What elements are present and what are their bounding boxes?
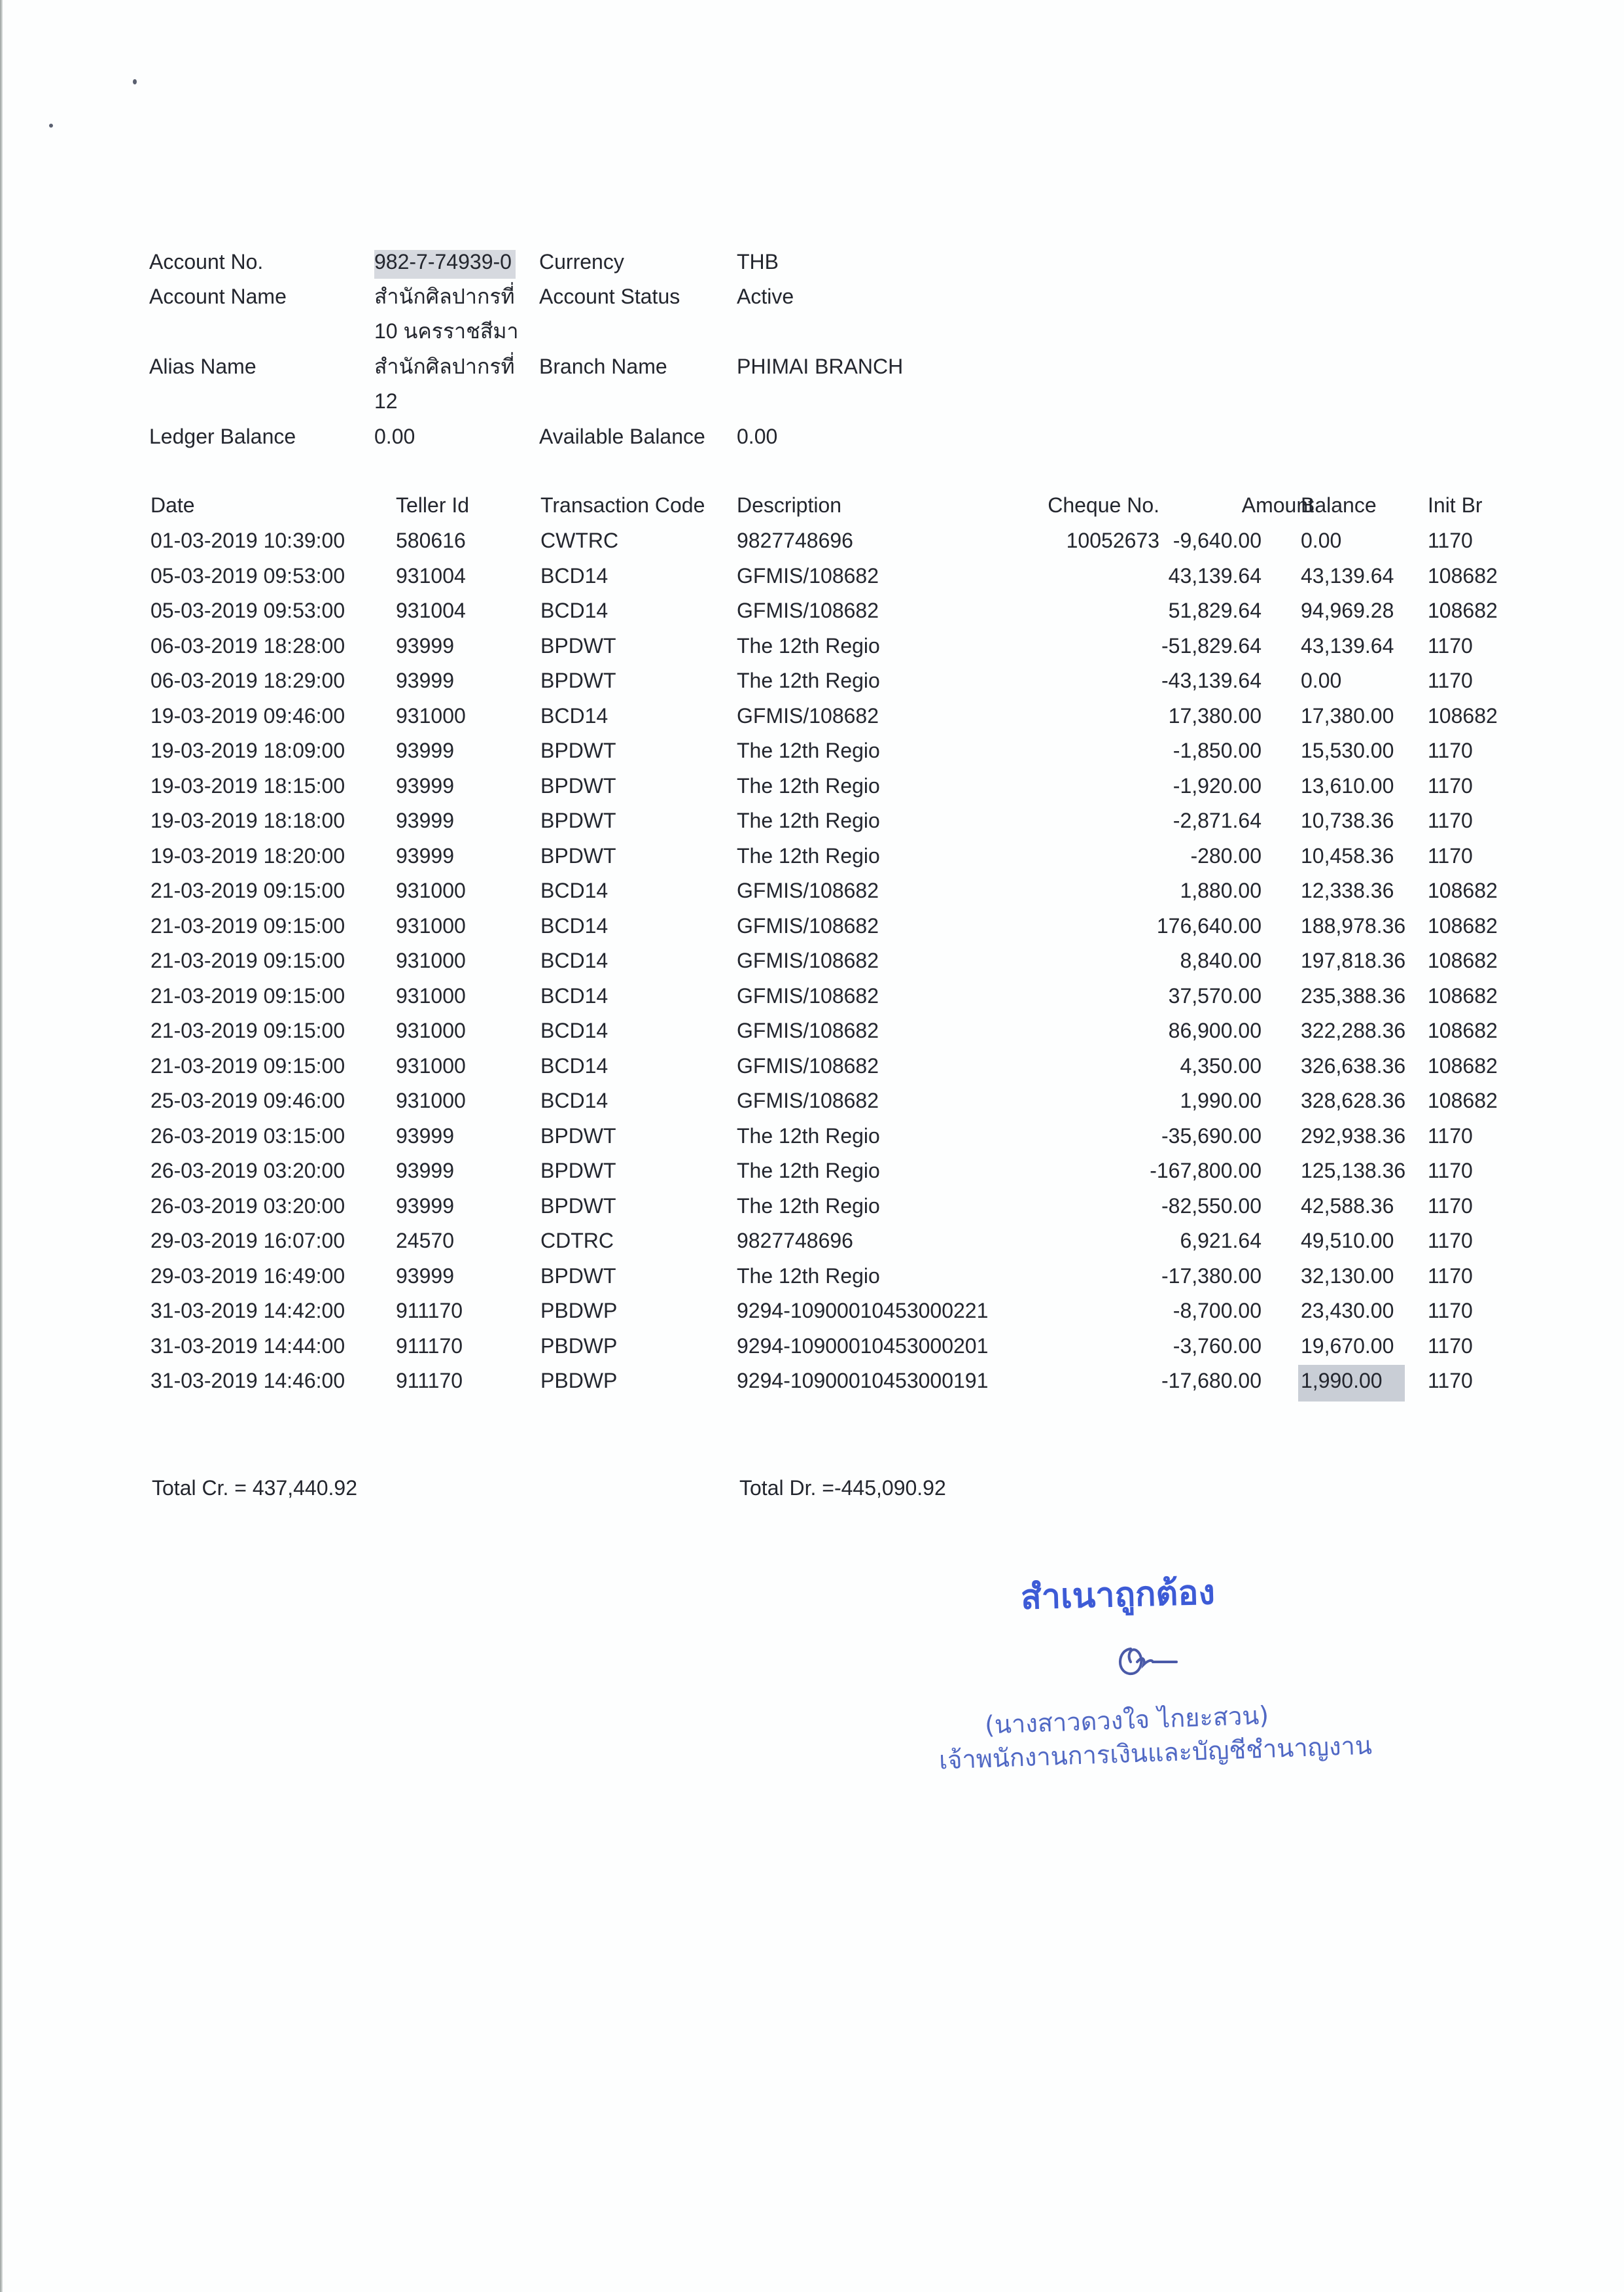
table-row: 21-03-2019 09:15:00931000BCD14GFMIS/1086… [0, 945, 1624, 980]
row-init-br: 1170 [1428, 630, 1473, 661]
account-status-label: Account Status [539, 281, 680, 312]
row-amount: -43,139.64 [1161, 665, 1262, 696]
table-row: 21-03-2019 09:15:00931000BCD14GFMIS/1086… [0, 910, 1624, 945]
row-amount: -9,640.00 [1173, 525, 1262, 556]
row-description: GFMIS/108682 [737, 1015, 879, 1046]
alias-name-line1: สำนักศิลปากรที่ [374, 351, 515, 382]
row-date: 26-03-2019 03:15:00 [150, 1120, 345, 1152]
row-balance: 15,530.00 [1301, 735, 1394, 766]
table-row: 29-03-2019 16:49:0093999BPDWTThe 12th Re… [0, 1260, 1624, 1296]
account-no-highlight: 982-7-74939-0 [374, 250, 516, 279]
row-date: 19-03-2019 18:18:00 [150, 805, 345, 836]
row-teller-id: 93999 [396, 1190, 454, 1222]
total-debit: Total Dr. =-445,090.92 [739, 1472, 946, 1504]
row-transaction-code: BCD14 [540, 1050, 608, 1082]
row-init-br: 1170 [1428, 1260, 1473, 1292]
row-init-br: 108682 [1428, 910, 1498, 942]
row-amount: -280.00 [1190, 840, 1262, 872]
row-amount: 86,900.00 [1169, 1015, 1262, 1046]
row-amount: 1,990.00 [1180, 1085, 1262, 1116]
row-description: The 12th Regio [737, 840, 880, 872]
row-date: 31-03-2019 14:42:00 [150, 1295, 345, 1326]
row-teller-id: 911170 [396, 1365, 463, 1396]
row-description: The 12th Regio [737, 770, 880, 802]
row-date: 19-03-2019 18:15:00 [150, 770, 345, 802]
row-amount: 6,921.64 [1180, 1225, 1262, 1256]
account-no-label: Account No. [149, 246, 263, 277]
row-date: 19-03-2019 18:09:00 [150, 735, 345, 766]
row-init-br: 108682 [1428, 945, 1498, 976]
row-amount: -1,920.00 [1173, 770, 1262, 802]
row-description: The 12th Regio [737, 735, 880, 766]
row-date: 29-03-2019 16:49:00 [150, 1260, 345, 1292]
row-date: 21-03-2019 09:15:00 [150, 910, 345, 942]
row-transaction-code: PBDWP [540, 1295, 617, 1326]
row-balance: 13,610.00 [1301, 770, 1394, 802]
row-date: 21-03-2019 09:15:00 [150, 875, 345, 906]
row-transaction-code: BCD14 [540, 875, 608, 906]
certified-copy-stamp: สำเนาถูกต้อง [1020, 1564, 1216, 1624]
row-transaction-code: BCD14 [540, 595, 608, 626]
row-balance: 42,588.36 [1301, 1190, 1394, 1222]
row-init-br: 1170 [1428, 525, 1473, 556]
row-teller-id: 93999 [396, 630, 454, 661]
table-row: 19-03-2019 18:20:0093999BPDWTThe 12th Re… [0, 840, 1624, 875]
total-credit: Total Cr. = 437,440.92 [152, 1472, 357, 1504]
row-balance: 94,969.28 [1301, 595, 1394, 626]
alias-name-line2: 12 [374, 385, 398, 417]
row-teller-id: 911170 [396, 1330, 463, 1362]
row-teller-id: 93999 [396, 665, 454, 696]
table-row: 01-03-2019 10:39:00580616CWTRC9827748696… [0, 525, 1624, 560]
row-balance: 1,990.00 [1298, 1365, 1405, 1402]
row-description: GFMIS/108682 [737, 1085, 879, 1116]
row-balance: 17,380.00 [1301, 700, 1394, 732]
account-status-value: Active [737, 281, 794, 312]
table-row: 21-03-2019 09:15:00931000BCD14GFMIS/1086… [0, 1050, 1624, 1085]
row-balance: 125,138.36 [1301, 1155, 1405, 1186]
row-description: GFMIS/108682 [737, 875, 879, 906]
row-transaction-code: BPDWT [540, 805, 616, 836]
col-teller-id: Teller Id [396, 489, 469, 521]
table-row: 06-03-2019 18:29:0093999BPDWTThe 12th Re… [0, 665, 1624, 700]
row-teller-id: 93999 [396, 840, 454, 872]
table-row: 31-03-2019 14:46:00911170PBDWP9294-10900… [0, 1365, 1624, 1400]
row-description: GFMIS/108682 [737, 945, 879, 976]
row-transaction-code: BCD14 [540, 1015, 608, 1046]
row-balance: 43,139.64 [1301, 630, 1394, 661]
row-date: 26-03-2019 03:20:00 [150, 1190, 345, 1222]
row-date: 19-03-2019 09:46:00 [150, 700, 345, 732]
row-teller-id: 931000 [396, 875, 466, 906]
row-balance: 235,388.36 [1301, 980, 1405, 1012]
row-transaction-code: CWTRC [540, 525, 618, 556]
row-amount: 17,380.00 [1169, 700, 1262, 732]
row-description: 9827748696 [737, 1225, 853, 1256]
row-teller-id: 93999 [396, 735, 454, 766]
row-balance: 292,938.36 [1301, 1120, 1405, 1152]
signature-icon [1111, 1636, 1203, 1682]
row-description: GFMIS/108682 [737, 1050, 879, 1082]
col-transaction-code: Transaction Code [540, 489, 705, 521]
row-balance: 23,430.00 [1301, 1295, 1394, 1326]
row-amount: 4,350.00 [1180, 1050, 1262, 1082]
row-description: 9294-10900010453000201 [737, 1330, 988, 1362]
table-row: 31-03-2019 14:42:00911170PBDWP9294-10900… [0, 1295, 1624, 1330]
row-init-br: 1170 [1428, 735, 1473, 766]
branch-name-value: PHIMAI BRANCH [737, 351, 903, 382]
table-row: 05-03-2019 09:53:00931004BCD14GFMIS/1086… [0, 595, 1624, 630]
row-transaction-code: BCD14 [540, 560, 608, 591]
row-date: 06-03-2019 18:29:00 [150, 665, 345, 696]
row-balance: 19,670.00 [1301, 1330, 1394, 1362]
table-row: 26-03-2019 03:15:0093999BPDWTThe 12th Re… [0, 1120, 1624, 1155]
row-balance: 0.00 [1301, 525, 1341, 556]
row-init-br: 108682 [1428, 595, 1498, 626]
row-date: 31-03-2019 14:44:00 [150, 1330, 345, 1362]
row-description: The 12th Regio [737, 1155, 880, 1186]
row-description: GFMIS/108682 [737, 910, 879, 942]
row-description: The 12th Regio [737, 1260, 880, 1292]
row-teller-id: 911170 [396, 1295, 463, 1326]
col-cheque-no: Cheque No. [1048, 489, 1159, 521]
row-date: 29-03-2019 16:07:00 [150, 1225, 345, 1256]
row-transaction-code: BCD14 [540, 980, 608, 1012]
row-date: 31-03-2019 14:46:00 [150, 1365, 345, 1396]
row-amount: 176,640.00 [1157, 910, 1262, 942]
table-row: 26-03-2019 03:20:0093999BPDWTThe 12th Re… [0, 1155, 1624, 1190]
row-transaction-code: BPDWT [540, 1190, 616, 1222]
row-description: GFMIS/108682 [737, 700, 879, 732]
row-balance: 322,288.36 [1301, 1015, 1405, 1046]
row-description: The 12th Regio [737, 630, 880, 661]
row-balance: 326,638.36 [1301, 1050, 1405, 1082]
row-teller-id: 93999 [396, 1120, 454, 1152]
row-teller-id: 931000 [396, 1015, 466, 1046]
row-init-br: 108682 [1428, 980, 1498, 1012]
row-description: GFMIS/108682 [737, 980, 879, 1012]
table-row: 29-03-2019 16:07:0024570CDTRC98277486966… [0, 1225, 1624, 1260]
row-balance: 188,978.36 [1301, 910, 1405, 942]
row-amount: -35,690.00 [1161, 1120, 1262, 1152]
row-date: 21-03-2019 09:15:00 [150, 1015, 345, 1046]
row-teller-id: 93999 [396, 1155, 454, 1186]
row-balance: 10,458.36 [1301, 840, 1394, 872]
row-date: 21-03-2019 09:15:00 [150, 945, 345, 976]
row-date: 25-03-2019 09:46:00 [150, 1085, 345, 1116]
row-description: 9294-10900010453000191 [737, 1365, 988, 1396]
branch-name-label: Branch Name [539, 351, 667, 382]
row-teller-id: 931000 [396, 910, 466, 942]
row-transaction-code: PBDWP [540, 1330, 617, 1362]
row-amount: -82,550.00 [1161, 1190, 1262, 1222]
row-date: 01-03-2019 10:39:00 [150, 525, 345, 556]
row-teller-id: 93999 [396, 770, 454, 802]
row-transaction-code: CDTRC [540, 1225, 614, 1256]
col-init-br: Init Br [1428, 489, 1483, 521]
row-teller-id: 931000 [396, 1050, 466, 1082]
row-transaction-code: BPDWT [540, 630, 616, 661]
row-teller-id: 580616 [396, 525, 466, 556]
ledger-balance-value: 0.00 [374, 421, 415, 452]
row-description: 9294-10900010453000221 [737, 1295, 988, 1326]
row-amount: 37,570.00 [1169, 980, 1262, 1012]
row-init-br: 1170 [1428, 1120, 1473, 1152]
row-init-br: 108682 [1428, 875, 1498, 906]
row-teller-id: 931000 [396, 980, 466, 1012]
row-amount: 51,829.64 [1169, 595, 1262, 626]
row-amount: -8,700.00 [1173, 1295, 1262, 1326]
row-date: 06-03-2019 18:28:00 [150, 630, 345, 661]
row-balance: 49,510.00 [1301, 1225, 1394, 1256]
row-transaction-code: BCD14 [540, 910, 608, 942]
row-date: 21-03-2019 09:15:00 [150, 1050, 345, 1082]
row-init-br: 108682 [1428, 560, 1498, 591]
row-balance: 0.00 [1301, 665, 1341, 696]
row-init-br: 1170 [1428, 1155, 1473, 1186]
row-description: The 12th Regio [737, 805, 880, 836]
row-date: 19-03-2019 18:20:00 [150, 840, 345, 872]
scan-speck [49, 124, 53, 128]
row-init-br: 1170 [1428, 770, 1473, 802]
table-row: 31-03-2019 14:44:00911170PBDWP9294-10900… [0, 1330, 1624, 1366]
row-date: 26-03-2019 03:20:00 [150, 1155, 345, 1186]
row-balance: 197,818.36 [1301, 945, 1405, 976]
row-balance: 32,130.00 [1301, 1260, 1394, 1292]
row-description: 9827748696 [737, 525, 853, 556]
row-init-br: 1170 [1428, 1190, 1473, 1222]
row-teller-id: 24570 [396, 1225, 454, 1256]
row-transaction-code: BCD14 [540, 700, 608, 732]
row-init-br: 1170 [1428, 840, 1473, 872]
account-name-line2: 10 นครราชสีมา [374, 315, 518, 347]
row-amount: 8,840.00 [1180, 945, 1262, 976]
row-transaction-code: BCD14 [540, 1085, 608, 1116]
table-row: 21-03-2019 09:15:00931000BCD14GFMIS/1086… [0, 1015, 1624, 1050]
currency-value: THB [737, 246, 779, 277]
row-transaction-code: BCD14 [540, 945, 608, 976]
row-init-br: 1170 [1428, 665, 1473, 696]
row-amount: -1,850.00 [1173, 735, 1262, 766]
row-balance: 43,139.64 [1301, 560, 1394, 591]
row-init-br: 108682 [1428, 1085, 1498, 1116]
account-no-value: 982-7-74939-0 [374, 246, 516, 277]
row-amount: -51,829.64 [1161, 630, 1262, 661]
col-date: Date [150, 489, 195, 521]
row-teller-id: 931000 [396, 945, 466, 976]
row-description: The 12th Regio [737, 1120, 880, 1152]
table-row: 06-03-2019 18:28:0093999BPDWTThe 12th Re… [0, 630, 1624, 665]
table-row: 19-03-2019 18:15:0093999BPDWTThe 12th Re… [0, 770, 1624, 805]
account-name-line1: สำนักศิลปากรที่ [374, 281, 515, 312]
row-transaction-code: PBDWP [540, 1365, 617, 1396]
row-date: 05-03-2019 09:53:00 [150, 595, 345, 626]
row-cheque-no: 10052673 [1067, 525, 1159, 556]
available-balance-label: Available Balance [539, 421, 705, 452]
alias-name-label: Alias Name [149, 351, 256, 382]
row-amount: -2,871.64 [1173, 805, 1262, 836]
table-row: 19-03-2019 09:46:00931000BCD14GFMIS/1086… [0, 700, 1624, 735]
row-init-br: 1170 [1428, 1365, 1473, 1396]
table-row: 05-03-2019 09:53:00931004BCD14GFMIS/1086… [0, 560, 1624, 595]
table-row: 25-03-2019 09:46:00931000BCD14GFMIS/1086… [0, 1085, 1624, 1120]
row-transaction-code: BPDWT [540, 665, 616, 696]
account-name-label: Account Name [149, 281, 287, 312]
table-header: Date Teller Id Transaction Code Descript… [0, 489, 1624, 525]
row-init-br: 1170 [1428, 1295, 1473, 1326]
row-init-br: 1170 [1428, 1330, 1473, 1362]
row-description: GFMIS/108682 [737, 595, 879, 626]
currency-label: Currency [539, 246, 624, 277]
table-row: 19-03-2019 18:09:0093999BPDWTThe 12th Re… [0, 735, 1624, 770]
table-row: 19-03-2019 18:18:0093999BPDWTThe 12th Re… [0, 805, 1624, 840]
row-transaction-code: BPDWT [540, 1155, 616, 1186]
row-amount: 1,880.00 [1180, 875, 1262, 906]
ledger-balance-label: Ledger Balance [149, 421, 296, 452]
col-balance: Balance [1301, 489, 1377, 521]
row-date: 05-03-2019 09:53:00 [150, 560, 345, 591]
scan-speck [133, 79, 137, 84]
row-teller-id: 931000 [396, 1085, 466, 1116]
row-init-br: 1170 [1428, 805, 1473, 836]
row-date: 21-03-2019 09:15:00 [150, 980, 345, 1012]
row-transaction-code: BPDWT [540, 1260, 616, 1292]
row-transaction-code: BPDWT [540, 770, 616, 802]
row-amount: -17,380.00 [1161, 1260, 1262, 1292]
row-teller-id: 931004 [396, 595, 466, 626]
row-init-br: 108682 [1428, 1015, 1498, 1046]
row-teller-id: 931004 [396, 560, 466, 591]
row-balance: 328,628.36 [1301, 1085, 1405, 1116]
row-transaction-code: BPDWT [540, 1120, 616, 1152]
row-balance: 12,338.36 [1301, 875, 1394, 906]
row-transaction-code: BPDWT [540, 735, 616, 766]
row-amount: -3,760.00 [1173, 1330, 1262, 1362]
row-init-br: 1170 [1428, 1225, 1473, 1256]
available-balance-value: 0.00 [737, 421, 777, 452]
row-transaction-code: BPDWT [540, 840, 616, 872]
row-init-br: 108682 [1428, 1050, 1498, 1082]
row-init-br: 108682 [1428, 700, 1498, 732]
row-amount: -17,680.00 [1161, 1365, 1262, 1396]
table-row: 21-03-2019 09:15:00931000BCD14GFMIS/1086… [0, 875, 1624, 910]
row-teller-id: 93999 [396, 1260, 454, 1292]
row-balance: 10,738.36 [1301, 805, 1394, 836]
row-description: The 12th Regio [737, 1190, 880, 1222]
col-description: Description [737, 489, 841, 521]
row-teller-id: 93999 [396, 805, 454, 836]
table-row: 26-03-2019 03:20:0093999BPDWTThe 12th Re… [0, 1190, 1624, 1225]
row-description: GFMIS/108682 [737, 560, 879, 591]
table-row: 21-03-2019 09:15:00931000BCD14GFMIS/1086… [0, 980, 1624, 1015]
row-amount: -167,800.00 [1150, 1155, 1262, 1186]
row-teller-id: 931000 [396, 700, 466, 732]
row-description: The 12th Regio [737, 665, 880, 696]
row-amount: 43,139.64 [1169, 560, 1262, 591]
